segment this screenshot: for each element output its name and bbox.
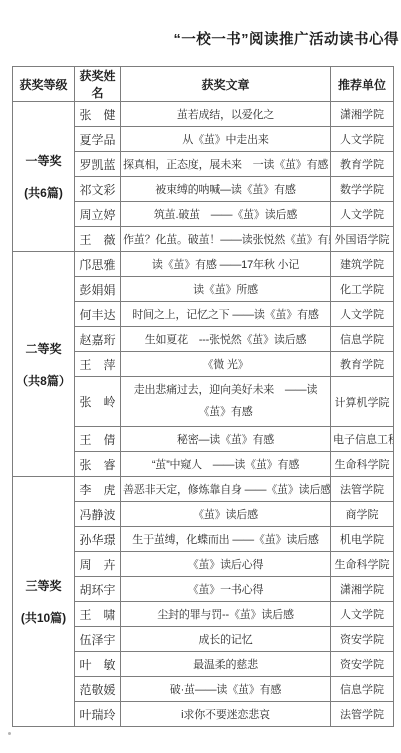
recommend-unit-cell: 机电学院 <box>331 527 394 552</box>
table-header-row: 获奖等级 获奖姓名 获奖文章 推荐单位 <box>13 67 394 102</box>
recommend-unit-cell: 生命科学院 <box>331 452 394 477</box>
article-title-cell: 最温柔的慈悲 <box>121 652 331 677</box>
award-level-cell: 二等奖（共8篇） <box>13 252 75 477</box>
recommend-unit-cell: 商学院 <box>331 502 394 527</box>
recommend-unit-cell: 计算机学院 <box>331 377 394 427</box>
winner-name-cell: 王 倩 <box>75 427 121 452</box>
stray-mark <box>8 732 11 735</box>
article-title-cell: 《茧》一书心得 <box>121 577 331 602</box>
winner-name-cell: 孙华璟 <box>75 527 121 552</box>
winner-name-cell: 张 健 <box>75 102 121 127</box>
winner-name-cell: 彭娟娟 <box>75 277 121 302</box>
article-title-cell: 生于茧缚，化蝶而出 ——《茧》读后感 <box>121 527 331 552</box>
article-title-cell: 《茧》读后心得 <box>121 552 331 577</box>
article-title-cell: 走出悲痛过去，迎向美好未来 ——读《茧》有感 <box>121 377 331 427</box>
article-title-cell: 《微 光》 <box>121 352 331 377</box>
article-title-cell: 读《茧》所感 <box>121 277 331 302</box>
article-title-cell: i求你不要迷恋悲哀 <box>121 702 331 727</box>
article-title-cell: 时间之上，记忆之下 ——读《茧》有感 <box>121 302 331 327</box>
recommend-unit-cell: 资安学院 <box>331 652 394 677</box>
award-count-label: (共6篇) <box>15 184 72 201</box>
recommend-unit-cell: 人文学院 <box>331 127 394 152</box>
winner-name-cell: 王 薇 <box>75 227 121 252</box>
article-title-cell: 筑茧.破茧 ——《茧》读后感 <box>121 202 331 227</box>
recommend-unit-cell: 数学学院 <box>331 177 394 202</box>
recommend-unit-cell: 人文学院 <box>331 202 394 227</box>
recommend-unit-cell: 电子信息工程 <box>331 427 394 452</box>
col-header-winner-name: 获奖姓名 <box>75 67 121 102</box>
winner-name-cell: 罗凯蓝 <box>75 152 121 177</box>
table-row: 二等奖（共8篇）邝思雅读《茧》有感 ——17年秋 小记建筑学院 <box>13 252 394 277</box>
recommend-unit-cell: 教育学院 <box>331 152 394 177</box>
winner-name-cell: 冯静波 <box>75 502 121 527</box>
winner-name-cell: 伍泽宇 <box>75 627 121 652</box>
recommend-unit-cell: 信息学院 <box>331 327 394 352</box>
winner-name-cell: 王 萍 <box>75 352 121 377</box>
article-title-cell: 尘封的罪与罚--《茧》读后感 <box>121 602 331 627</box>
document-page: “一校一书”阅读推广活动读书心得 获奖等级 获奖姓名 获奖文章 推荐单位 一等奖… <box>0 0 401 753</box>
winner-name-cell: 周立婷 <box>75 202 121 227</box>
winner-name-cell: 何丰达 <box>75 302 121 327</box>
article-title-cell: 茧若成结，以爱化之 <box>121 102 331 127</box>
recommend-unit-cell: 化工学院 <box>331 277 394 302</box>
award-level-label: 二等奖 <box>15 340 72 357</box>
recommend-unit-cell: 潇湘学院 <box>331 577 394 602</box>
recommend-unit-cell: 法管学院 <box>331 477 394 502</box>
article-title-cell: 作茧？化茧。破茧！——读张悦然《茧》有感 <box>121 227 331 252</box>
award-level-label: 一等奖 <box>15 152 72 169</box>
winner-name-cell: 王 啸 <box>75 602 121 627</box>
recommend-unit-cell: 外国语学院 <box>331 227 394 252</box>
recommend-unit-cell: 人文学院 <box>331 602 394 627</box>
award-level-cell: 一等奖(共6篇) <box>13 102 75 252</box>
winner-name-cell: 夏学品 <box>75 127 121 152</box>
recommend-unit-cell: 信息学院 <box>331 677 394 702</box>
article-title-cell: 读《茧》有感 ——17年秋 小记 <box>121 252 331 277</box>
winner-name-cell: 叶瑞玲 <box>75 702 121 727</box>
recommend-unit-cell: 资安学院 <box>331 627 394 652</box>
article-title-cell: 善恶非天定，修炼靠自身 ——《茧》读后感 <box>121 477 331 502</box>
table-row: 一等奖(共6篇)张 健茧若成结，以爱化之潇湘学院 <box>13 102 394 127</box>
article-title-cell: 生如夏花 ---张悦然《茧》读后感 <box>121 327 331 352</box>
winner-name-cell: 叶 敏 <box>75 652 121 677</box>
article-title-cell: “茧”中窥人 ——读《茧》有感 <box>121 452 331 477</box>
winner-name-cell: 胡环宇 <box>75 577 121 602</box>
award-level-cell: 三等奖(共10篇) <box>13 477 75 727</box>
recommend-unit-cell: 人文学院 <box>331 302 394 327</box>
article-title-cell: 探真相，正态度，展未来 一读《茧》有感 <box>121 152 331 177</box>
article-title-cell: 成长的记忆 <box>121 627 331 652</box>
article-title-cell: 秘密—读《茧》有感 <box>121 427 331 452</box>
winner-name-cell: 邝思雅 <box>75 252 121 277</box>
winner-name-cell: 李 虎 <box>75 477 121 502</box>
recommend-unit-cell: 法管学院 <box>331 702 394 727</box>
article-title-cell: 被束缚的呐喊—读《茧》有感 <box>121 177 331 202</box>
winner-name-cell: 祁文彩 <box>75 177 121 202</box>
col-header-award-level: 获奖等级 <box>13 67 75 102</box>
article-title-cell: 从《茧》中走出来 <box>121 127 331 152</box>
winner-name-cell: 周 卉 <box>75 552 121 577</box>
award-count-label: （共8篇） <box>15 372 72 389</box>
col-header-recommend-unit: 推荐单位 <box>331 67 394 102</box>
winner-name-cell: 赵嘉珩 <box>75 327 121 352</box>
article-title-cell: 《茧》读后感 <box>121 502 331 527</box>
page-title: “一校一书”阅读推广活动读书心得 <box>174 28 400 49</box>
award-count-label: (共10篇) <box>15 609 72 626</box>
winner-name-cell: 张 岭 <box>75 377 121 427</box>
recommend-unit-cell: 建筑学院 <box>331 252 394 277</box>
table-row: 三等奖(共10篇)李 虎善恶非天定，修炼靠自身 ——《茧》读后感法管学院 <box>13 477 394 502</box>
awards-table: 获奖等级 获奖姓名 获奖文章 推荐单位 一等奖(共6篇)张 健茧若成结，以爱化之… <box>12 66 394 727</box>
recommend-unit-cell: 生命科学院 <box>331 552 394 577</box>
article-title-cell: 破·茧——读《茧》有感 <box>121 677 331 702</box>
recommend-unit-cell: 潇湘学院 <box>331 102 394 127</box>
col-header-article: 获奖文章 <box>121 67 331 102</box>
recommend-unit-cell: 教育学院 <box>331 352 394 377</box>
winner-name-cell: 张 睿 <box>75 452 121 477</box>
winner-name-cell: 范敬媛 <box>75 677 121 702</box>
award-level-label: 三等奖 <box>15 577 72 594</box>
